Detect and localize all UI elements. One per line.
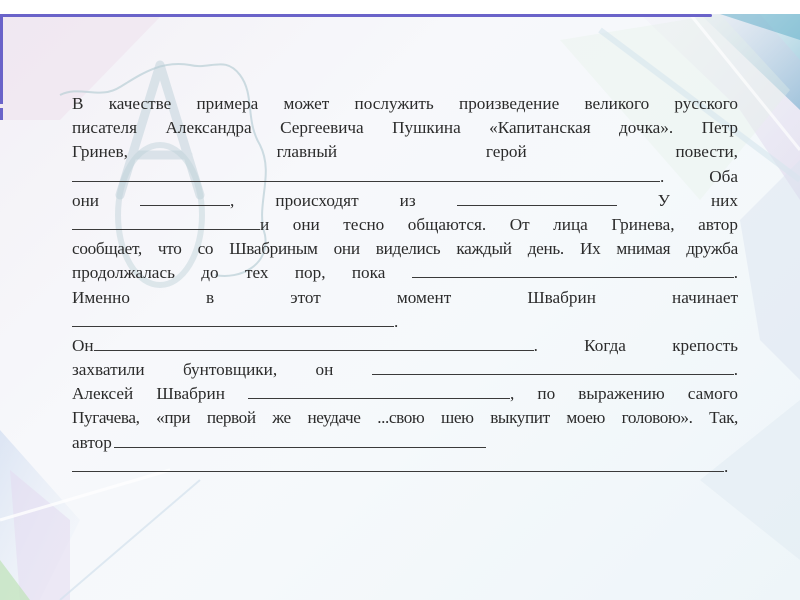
answer-blank[interactable]: [72, 310, 394, 326]
word: по: [537, 382, 555, 406]
word: крепость: [672, 334, 738, 358]
word: великого: [584, 92, 649, 116]
word: этот: [290, 286, 321, 310]
word: Оба: [709, 165, 738, 189]
word: выкупит: [490, 406, 549, 430]
word: писателя: [72, 116, 137, 140]
word: В: [72, 92, 83, 116]
word: продолжалась: [72, 261, 175, 285]
word: из: [400, 189, 416, 213]
word: качестве: [109, 92, 172, 116]
answer-blank[interactable]: [372, 359, 734, 375]
text-line: писателя Александра Сергеевича Пушкина «…: [72, 116, 738, 140]
word: виделись: [376, 237, 441, 261]
text-line: сообщает, что со Швабриным они виделись …: [72, 237, 738, 261]
word: самого: [688, 382, 738, 406]
word: главный: [277, 140, 337, 164]
word: они: [72, 189, 99, 213]
word: выражению: [578, 382, 664, 406]
word: происходят: [275, 189, 358, 213]
word: он: [316, 358, 334, 382]
answer-blank[interactable]: [140, 189, 230, 205]
word: они: [293, 213, 320, 237]
word: примера: [196, 92, 258, 116]
text-line: Гринев, главный герой повести,: [72, 140, 738, 164]
word: пока: [352, 261, 386, 285]
answer-blank[interactable]: [94, 334, 534, 350]
word: начинает: [672, 286, 738, 310]
exercise-text: В качестве примера может послужить произ…: [72, 92, 738, 479]
answer-blank[interactable]: [72, 455, 724, 471]
word: до: [201, 261, 218, 285]
word: каждый: [456, 237, 511, 261]
text-line: автор: [72, 431, 738, 455]
word: моею: [566, 406, 605, 430]
word: У: [658, 189, 670, 213]
word: со: [198, 237, 214, 261]
answer-blank[interactable]: [114, 431, 486, 447]
word: повести,: [675, 140, 738, 164]
word: что: [158, 237, 182, 261]
answer-blank[interactable]: [72, 165, 660, 181]
word: Швабриным: [229, 237, 317, 261]
top-margin: [0, 0, 800, 14]
answer-blank[interactable]: [248, 383, 510, 399]
word: они: [334, 237, 360, 261]
word: головою».: [622, 406, 693, 430]
slide: В качестве примера может послужить произ…: [0, 0, 800, 600]
text-line: . Оба: [72, 165, 738, 189]
text-line: захватили бунтовщики, он .: [72, 358, 738, 382]
word: Швабрин: [156, 382, 225, 406]
word: и: [260, 215, 269, 234]
word: в: [206, 286, 214, 310]
punctuation: ,: [510, 384, 514, 403]
word: сообщает,: [72, 237, 142, 261]
punctuation: .: [394, 312, 398, 331]
word: Алексей: [72, 382, 133, 406]
word: тех: [245, 261, 269, 285]
word: бунтовщики,: [183, 358, 277, 382]
word: первой: [207, 406, 256, 430]
answer-blank[interactable]: [457, 189, 617, 205]
answer-blank[interactable]: [72, 213, 260, 229]
text-line: Он. Когда крепость: [72, 334, 738, 358]
word: неудаче: [307, 406, 360, 430]
left-accent-bar: [0, 16, 3, 104]
text-line: и они тесно общаются. От лица Гринева, а…: [72, 213, 738, 237]
word: Он: [72, 336, 94, 355]
top-accent-border: [0, 14, 712, 17]
answer-blank[interactable]: [412, 262, 734, 278]
word: дружба: [686, 237, 738, 261]
punctuation: ,: [230, 191, 234, 210]
word: Сергеевича: [280, 116, 364, 140]
punctuation: .: [534, 336, 538, 355]
punctuation: .: [660, 167, 664, 186]
word: русского: [674, 92, 738, 116]
text-line: В качестве примера может послужить произ…: [72, 92, 738, 116]
word: может: [283, 92, 329, 116]
word: тесно: [343, 213, 384, 237]
word: момент: [397, 286, 451, 310]
word: мнимая: [616, 237, 670, 261]
word: Именно: [72, 286, 130, 310]
punctuation: .: [724, 457, 728, 476]
word: автор: [72, 433, 112, 452]
word: Так,: [709, 406, 738, 430]
word: захватили: [72, 358, 145, 382]
word: автор: [698, 213, 738, 237]
left-accent-bar-segment: [0, 108, 3, 120]
word: Пугачева,: [72, 406, 139, 430]
text-line: продолжалась до тех пор, пока .: [72, 261, 738, 285]
punctuation: .: [734, 360, 738, 379]
word: «Капитанская: [489, 116, 590, 140]
word: произведение: [459, 92, 559, 116]
word: Александра: [165, 116, 251, 140]
word: Швабрин: [527, 286, 596, 310]
text-line: Именно в этот момент Швабрин начинает: [72, 286, 738, 310]
word: герой: [486, 140, 527, 164]
word: Гринева,: [611, 213, 674, 237]
word: Петр: [702, 116, 738, 140]
word: пор,: [295, 261, 326, 285]
punctuation: .: [734, 263, 738, 282]
word: день.: [528, 237, 564, 261]
word: них: [711, 189, 738, 213]
word: же: [272, 406, 290, 430]
text-line: .: [72, 310, 738, 334]
text-line: Пугачева, «при первой же неудаче ...свою…: [72, 406, 738, 430]
word: Пушкина: [392, 116, 461, 140]
word: «при: [156, 406, 190, 430]
word: шею: [441, 406, 474, 430]
text-line: Алексей Швабрин , по выражению самого: [72, 382, 738, 406]
word: лица: [553, 213, 588, 237]
word: Гринев,: [72, 140, 128, 164]
word: Их: [580, 237, 600, 261]
word: общаются.: [408, 213, 486, 237]
word: ...свою: [377, 406, 424, 430]
word: послужить: [355, 92, 434, 116]
text-line: .: [72, 455, 738, 479]
text-line: они , происходят из У них: [72, 189, 738, 213]
word: Когда: [584, 334, 626, 358]
word: дочка».: [619, 116, 673, 140]
word: От: [510, 213, 530, 237]
